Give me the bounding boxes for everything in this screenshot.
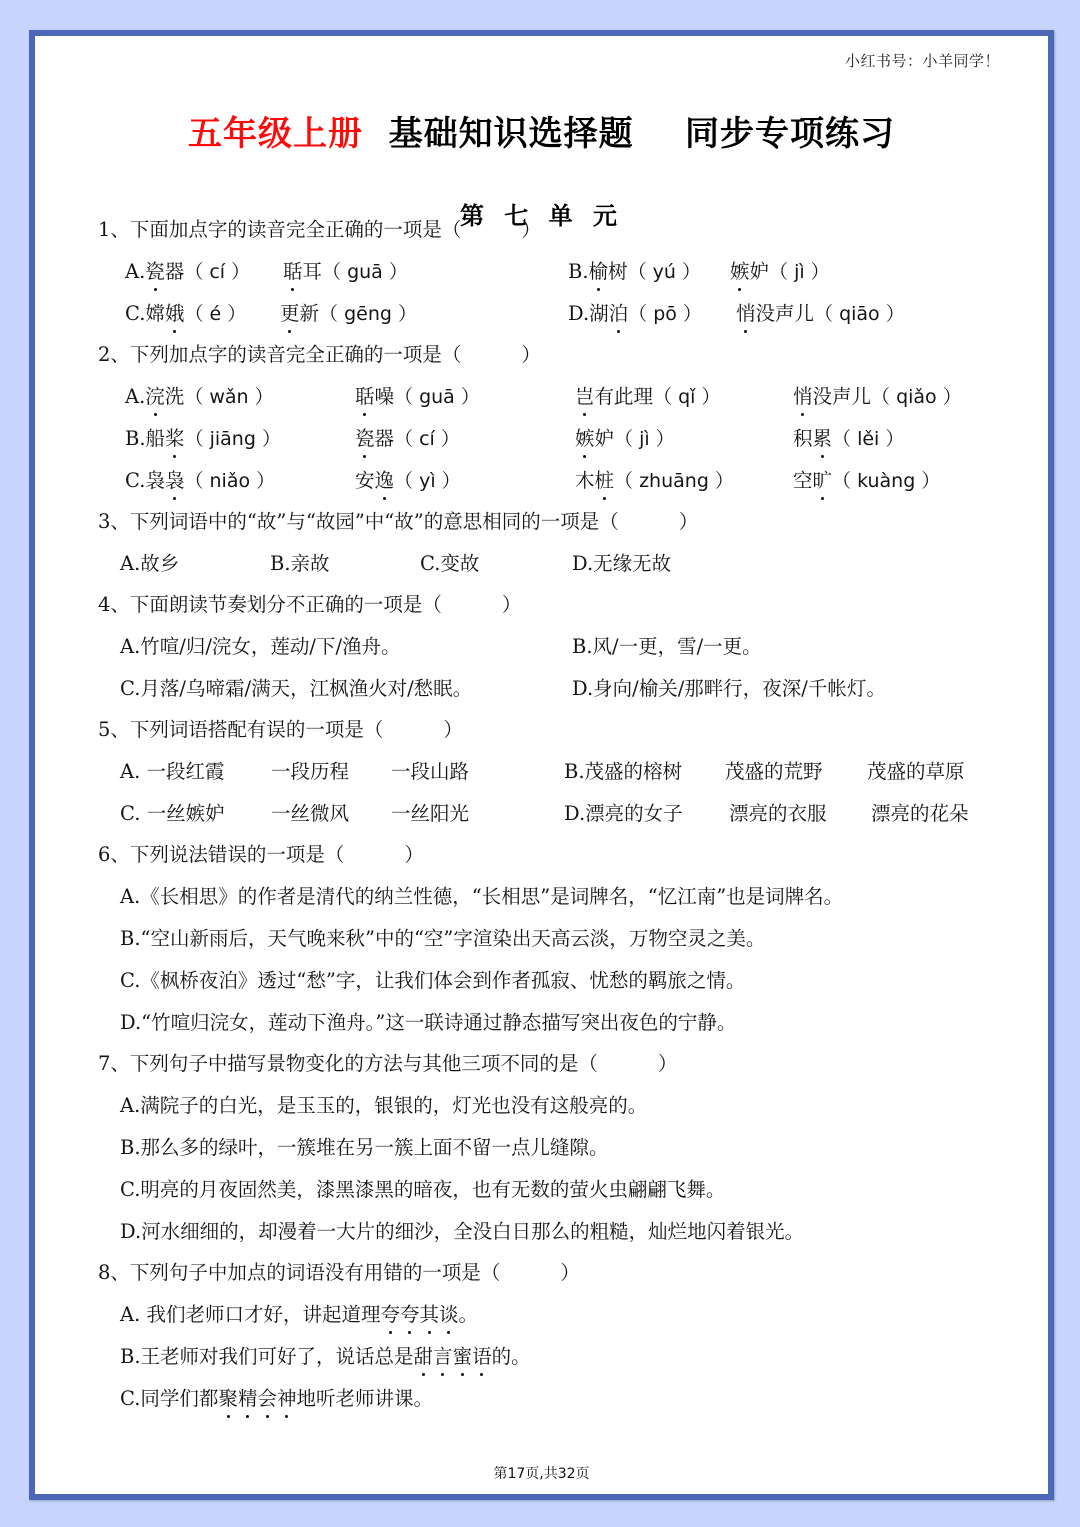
q1-option-a: A.瓷器（ cí ）	[125, 259, 250, 285]
question-2-stem: 2、下列加点字的读音完全正确的一项是（）	[98, 342, 541, 368]
q7-option-d: D.河水细细的，却漫着一大片的细沙，全没白日那么的粗糙，灿烂地闪着银光。	[120, 1219, 804, 1245]
q7-option-b: B.那么多的绿叶，一簇堆在另一簇上面不留一点儿缝隙。	[120, 1135, 609, 1161]
q1-option-c-item2: 更新（ gēng ）	[280, 301, 417, 327]
q2-c-item4: 空旷（ kuàng ）	[793, 468, 940, 494]
q7-option-c: C.明亮的月夜固然美，漆黑漆黑的暗夜，也有无数的萤火虫翩翩飞舞。	[120, 1177, 725, 1203]
question-6-stem: 6、下列说法错误的一项是（）	[98, 842, 424, 868]
q2-a-item3: 岂有此理（ qǐ ）	[575, 384, 720, 410]
q2-option-c: C.袅袅（ niǎo ）	[125, 468, 275, 494]
q5-c-word2: 一丝微风	[271, 801, 349, 827]
q5-option-b: B.茂盛的榕树	[564, 759, 682, 785]
q8-option-b: B.王老师对我们可好了，说话总是甜言蜜语的。	[120, 1344, 531, 1370]
q1-option-b-item2: 嫉妒（ jì ）	[730, 259, 830, 285]
question-8-stem: 8、下列句子中加点的词语没有用错的一项是（）	[98, 1260, 580, 1286]
q6-option-d: D.“竹喧归浣女，莲动下渔舟。”这一联诗通过静态描写突出夜色的宁静。	[120, 1010, 736, 1036]
q1-option-d-item2: 悄没声儿（ qiāo ）	[736, 301, 905, 327]
q2-a-item2: 聒噪（ guā ）	[355, 384, 480, 410]
q5-b-word3: 茂盛的草原	[867, 759, 965, 785]
q2-c-item3: 木桩（ zhuāng ）	[575, 468, 734, 494]
title-grade: 五年级上册	[188, 114, 363, 154]
q2-c-item2: 安逸（ yì ）	[355, 468, 461, 494]
q5-a-word3: 一段山路	[391, 759, 469, 785]
q6-option-c: C.《枫桥夜泊》透过“愁”字，让我们体会到作者孤寂、忧愁的羁旅之情。	[120, 968, 745, 994]
q4-option-d: D.身向/榆关/那畔行，夜深/千帐灯。	[572, 676, 886, 702]
q2-a-item4: 悄没声儿（ qiǎo ）	[793, 384, 962, 410]
q5-b-word2: 茂盛的荒野	[725, 759, 823, 785]
q8-option-a: A. 我们老师口才好，讲起道理夸夸其谈。	[120, 1302, 478, 1328]
q6-option-b: B.“空山新雨后，天气晚来秋”中的“空”字渲染出天高云淡，万物空灵之美。	[120, 926, 765, 952]
q5-d-word3: 漂亮的花朵	[871, 801, 969, 827]
worksheet-page: 小红书号：小羊同学！ 五年级上册 基础知识选择题 同步专项练习 第 七 单 元 …	[29, 30, 1054, 1500]
question-3-stem: 3、下列词语中的“故”与“故园”中“故”的意思相同的一项是（）	[98, 509, 698, 535]
q5-option-c: C. 一丝嫉妒	[120, 801, 225, 827]
q5-d-word2: 漂亮的衣服	[729, 801, 827, 827]
q3-option-c: C.变故	[420, 551, 479, 577]
q2-option-b: B.船桨（ jiāng ）	[125, 426, 281, 452]
q3-option-a: A.故乡	[120, 551, 179, 577]
q2-b-item2: 瓷器（ cí ）	[355, 426, 460, 452]
q6-option-a: A.《长相思》的作者是清代的纳兰性德，“长相思”是词牌名，“忆江南”也是词牌名。	[120, 884, 843, 910]
q3-option-b: B.亲故	[270, 551, 330, 577]
question-4-stem: 4、下面朗读节奏划分不正确的一项是（）	[98, 592, 521, 618]
q5-c-word3: 一丝阳光	[391, 801, 469, 827]
q4-option-c: C.月落/乌啼霜/满天，江枫渔火对/愁眠。	[120, 676, 472, 702]
q2-b-item4: 积累（ lěi ）	[793, 426, 904, 452]
q3-option-d: D.无缘无故	[572, 551, 671, 577]
q4-option-b: B.风/一更，雪/一更。	[572, 634, 762, 660]
q5-option-d: D.漂亮的女子	[564, 801, 683, 827]
q1-option-a-item2: 聒耳（ guā ）	[283, 259, 408, 285]
q2-b-item3: 嫉妒（ jì ）	[575, 426, 675, 452]
watermark: 小红书号：小羊同学！	[845, 50, 1000, 71]
title-practice: 同步专项练习	[685, 114, 895, 154]
q8-option-c: C.同学们都聚精会神地听老师讲课。	[120, 1386, 433, 1412]
question-5-stem: 5、下列词语搭配有误的一项是（）	[98, 717, 463, 743]
question-7-stem: 7、下列句子中描写景物变化的方法与其他三项不同的是（）	[98, 1051, 677, 1077]
question-1-stem: 1、下面加点字的读音完全正确的一项是（）	[98, 217, 541, 243]
q1-option-b: B.榆树（ yú ）	[568, 259, 701, 285]
q7-option-a: A.满院子的白光，是玉玉的，银银的，灯光也没有这般亮的。	[120, 1093, 647, 1119]
q5-a-word2: 一段历程	[271, 759, 349, 785]
q1-option-d: D.湖泊（ pō ）	[568, 301, 702, 327]
q4-option-a: A.竹喧/归/浣女，莲动/下/渔舟。	[120, 634, 401, 660]
q2-option-a: A.浣洗（ wǎn ）	[125, 384, 274, 410]
page-title: 五年级上册 基础知识选择题 同步专项练习	[35, 106, 1048, 155]
q5-option-a: A. 一段红霞	[120, 759, 225, 785]
page-number: 第17页,共32页	[35, 1463, 1048, 1483]
title-topic: 基础知识选择题	[389, 114, 634, 154]
q1-option-c: C.嫦娥（ é ）	[125, 301, 246, 327]
